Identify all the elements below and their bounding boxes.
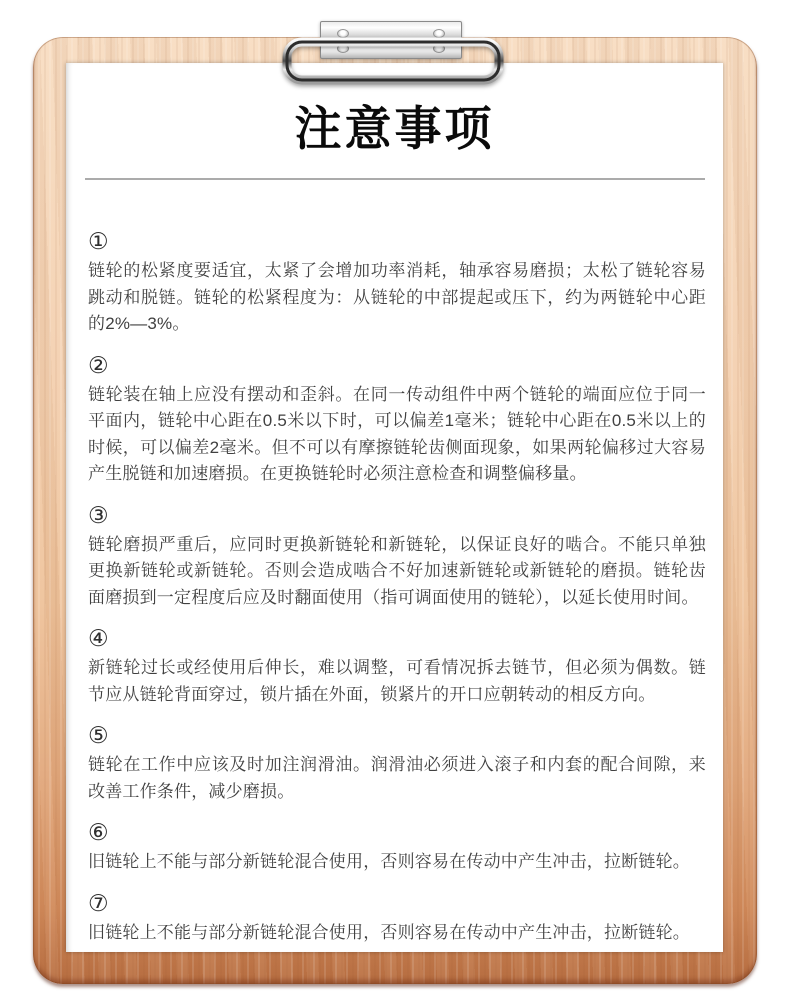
section-number: ⑦	[88, 888, 706, 918]
section-text: 旧链轮上不能与部分新链轮混合使用，否则容易在传动中产生冲击，拉断链轮。	[88, 920, 706, 947]
section-number: ④	[88, 623, 706, 653]
section-number: ⑥	[88, 817, 706, 847]
notice-section: ⑥ 旧链轮上不能与部分新链轮混合使用，否则容易在传动中产生冲击，拉断链轮。	[88, 817, 706, 876]
notice-body: ① 链轮的松紧度要适宜，太紧了会增加功率消耗，轴承容易磨损；太松了链轮容易跳动和…	[66, 180, 723, 946]
page: 注意事项 ① 链轮的松紧度要适宜，太紧了会增加功率消耗，轴承容易磨损；太松了链轮…	[0, 0, 790, 994]
section-text: 旧链轮上不能与部分新链轮混合使用，否则容易在传动中产生冲击，拉断链轮。	[88, 849, 706, 876]
page-title: 注意事项	[66, 99, 723, 159]
section-number: ①	[88, 226, 706, 256]
section-text: 新链轮过长或经使用后伸长，难以调整，可看情况拆去链节，但必须为偶数。链节应从链轮…	[88, 655, 706, 708]
notice-section: ④ 新链轮过长或经使用后伸长，难以调整，可看情况拆去链节，但必须为偶数。链节应从…	[88, 623, 706, 708]
section-number: ⑤	[88, 720, 706, 750]
section-number: ②	[88, 350, 706, 380]
section-text: 链轮装在轴上应没有摆动和歪斜。在同一传动组件中两个链轮的端面应位于同一平面内，链…	[88, 382, 706, 488]
section-number: ③	[88, 500, 706, 530]
notice-paper: 注意事项 ① 链轮的松紧度要适宜，太紧了会增加功率消耗，轴承容易磨损；太松了链轮…	[66, 63, 723, 952]
notice-section: ① 链轮的松紧度要适宜，太紧了会增加功率消耗，轴承容易磨损；太松了链轮容易跳动和…	[88, 226, 706, 338]
section-text: 链轮磨损严重后，应同时更换新链轮和新链轮，以保证良好的啮合。不能只单独更换新链轮…	[88, 532, 706, 612]
section-text: 链轮的松紧度要适宜，太紧了会增加功率消耗，轴承容易磨损；太松了链轮容易跳动和脱链…	[88, 258, 706, 338]
notice-section: ⑦ 旧链轮上不能与部分新链轮混合使用，否则容易在传动中产生冲击，拉断链轮。	[88, 888, 706, 947]
clip-wire-loop-icon	[281, 35, 505, 87]
notice-section: ② 链轮装在轴上应没有摆动和歪斜。在同一传动组件中两个链轮的端面应位于同一平面内…	[88, 350, 706, 488]
notice-section: ③ 链轮磨损严重后，应同时更换新链轮和新链轮，以保证良好的啮合。不能只单独更换新…	[88, 500, 706, 612]
section-text: 链轮在工作中应该及时加注润滑油。润滑油必须进入滚子和内套的配合间隙，来改善工作条…	[88, 752, 706, 805]
notice-section: ⑤ 链轮在工作中应该及时加注润滑油。润滑油必须进入滚子和内套的配合间隙，来改善工…	[88, 720, 706, 805]
